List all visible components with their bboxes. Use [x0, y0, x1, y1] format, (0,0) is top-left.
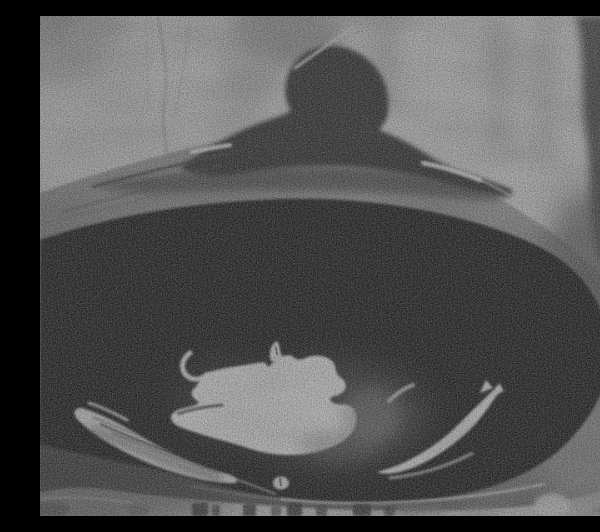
photo-dark-bowl-with-silhouette: Grainy black-and-white photograph lookin…: [40, 16, 600, 516]
grain-light-overlay: [40, 16, 600, 516]
photo-canvas: [40, 16, 600, 516]
